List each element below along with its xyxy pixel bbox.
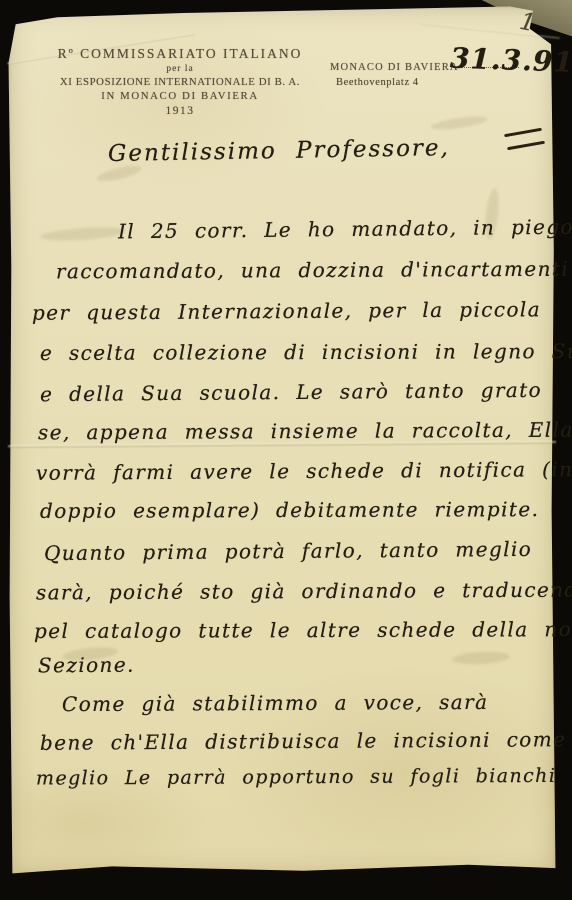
handwriting-line: doppio esemplare) debitamente riempite.: [40, 497, 539, 523]
handwriting-line: Il 25 corr. Le ho mandato, in piego: [118, 215, 572, 244]
handwriting-line: per questa Internazionale, per la piccol…: [32, 297, 541, 325]
handwriting-line: Sezione.: [38, 653, 135, 678]
letterhead-city-line: IN MONACO DI BAVIERA: [36, 90, 324, 102]
handwritten-date: 31.3.913: [449, 41, 572, 79]
handwriting-line: Come già stabilimmo a voce, sarà: [62, 690, 488, 716]
handwriting-line: e scelta collezione di incisioni in legn…: [40, 339, 572, 365]
handwriting-line: vorrà farmi avere le schede di notifica …: [36, 457, 572, 485]
handwriting-line: e della Sua scuola. Le sarò tanto grato: [40, 378, 542, 406]
handwriting-line: meglio Le parrà opportuno su fogli bianc…: [36, 764, 572, 789]
letterhead-year-line: 1913: [36, 105, 324, 117]
letterhead: Rº COMMISSARIATO ITALIANO per la XI ESPO…: [36, 46, 324, 117]
handwriting-line: pel catalogo tutte le altre schede della…: [34, 617, 572, 643]
handwriting-line: sarà, poiché sto già ordinando e traduce…: [36, 578, 572, 605]
handwriting-line: se, appena messa insieme la raccolta, El…: [38, 418, 572, 445]
handwriting-line: raccomandato, una dozzina d'incartamenti: [56, 257, 569, 284]
address-city: MONACO DI BAVIERA: [330, 62, 459, 73]
letterhead-perla-line: per la: [36, 64, 324, 74]
address-street: Beethovenplatz 4: [336, 77, 519, 88]
handwriting-line: bene ch'Ella distribuisca le incisioni c…: [40, 727, 566, 755]
letterhead-expo-line: XI ESPOSIZIONE INTERNATIONALE DI B. A.: [36, 76, 324, 88]
letterhead-org-line: Rº COMMISSARIATO ITALIANO: [36, 46, 324, 62]
handwriting-line: Quanto prima potrà farlo, tanto meglio: [44, 537, 532, 565]
